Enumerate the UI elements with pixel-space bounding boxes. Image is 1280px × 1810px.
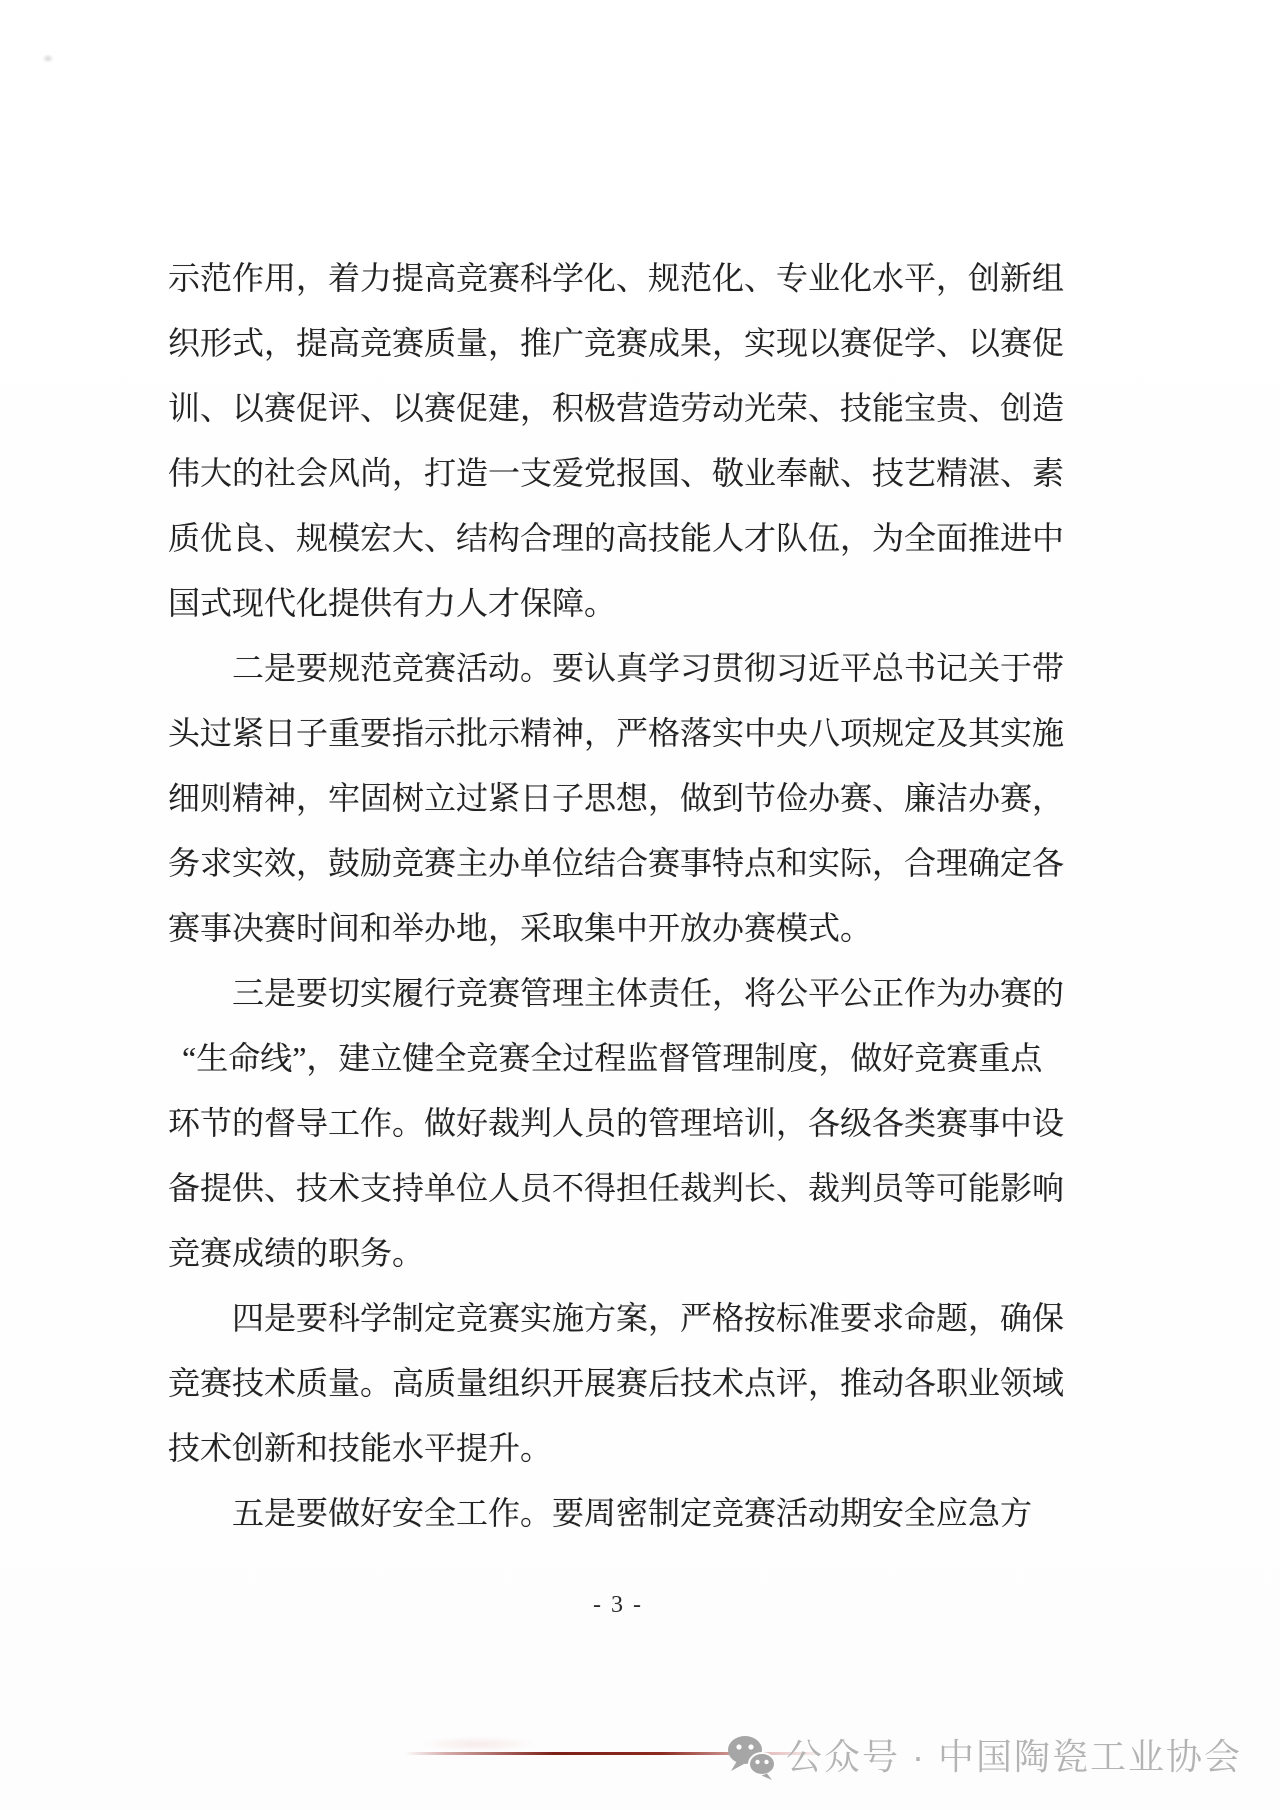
document-line: 务求实效，鼓励竞赛主办单位结合赛事特点和实际，合理确定各: [168, 831, 1068, 896]
document-line: 示范作用，着力提高竞赛科学化、规范化、专业化水平，创新组: [168, 246, 1068, 311]
document-line: 国式现代化提供有力人才保障。: [168, 571, 1068, 636]
document-line: 织形式，提高竞赛质量，推广竞赛成果，实现以赛促学、以赛促: [168, 311, 1068, 376]
document-line: 三是要切实履行竞赛管理主体责任，将公平公正作为办赛的: [168, 961, 1068, 1026]
document-line: 伟大的社会风尚，打造一支爱党报国、敬业奉献、技艺精湛、素: [168, 441, 1068, 506]
watermark-text: 公众号 · 中国陶瓷工业协会: [786, 1734, 1242, 1780]
document-line: 二是要规范竞赛活动。要认真学习贯彻习近平总书记关于带: [168, 636, 1068, 701]
document-line: 训、以赛促评、以赛促建，积极营造劳动光荣、技能宝贵、创造: [168, 376, 1068, 441]
document-line: 竞赛技术质量。高质量组织开展赛后技术点评，推动各职业领域: [168, 1351, 1068, 1416]
document-line: 备提供、技术支持单位人员不得担任裁判长、裁判员等可能影响: [168, 1156, 1068, 1221]
document-body: 示范作用，着力提高竞赛科学化、规范化、专业化水平，创新组 织形式，提高竞赛质量，…: [168, 246, 1068, 1546]
document-line: 四是要科学制定竞赛实施方案，严格按标准要求命题，确保: [168, 1286, 1068, 1351]
footer-watermark: 公众号 · 中国陶瓷工业协会: [726, 1734, 1242, 1780]
document-line: 细则精神，牢固树立过紧日子思想，做到节俭办赛、廉洁办赛，: [168, 766, 1068, 831]
document-line: 五是要做好安全工作。要周密制定竞赛活动期安全应急方: [168, 1481, 1068, 1546]
document-line: “生命线”，建立健全竞赛全过程监督管理制度，做好竞赛重点: [168, 1026, 1068, 1091]
document-line: 技术创新和技能水平提升。: [168, 1416, 1068, 1481]
page-number: - 3 -: [168, 1590, 1068, 1620]
scan-artifact-smudge: [418, 1736, 538, 1752]
document-line: 赛事决赛时间和举办地，采取集中开放办赛模式。: [168, 896, 1068, 961]
scan-speck: [42, 54, 54, 63]
document-line: 环节的督导工作。做好裁判人员的管理培训，各级各类赛事中设: [168, 1091, 1068, 1156]
document-line: 竞赛成绩的职务。: [168, 1221, 1068, 1286]
wechat-icon: [726, 1734, 776, 1780]
document-line: 头过紧日子重要指示批示精神，严格落实中央八项规定及其实施: [168, 701, 1068, 766]
scanned-document-page: 示范作用，着力提高竞赛科学化、规范化、专业化水平，创新组 织形式，提高竞赛质量，…: [0, 0, 1280, 1810]
document-line: 质优良、规模宏大、结构合理的高技能人才队伍，为全面推进中: [168, 506, 1068, 571]
